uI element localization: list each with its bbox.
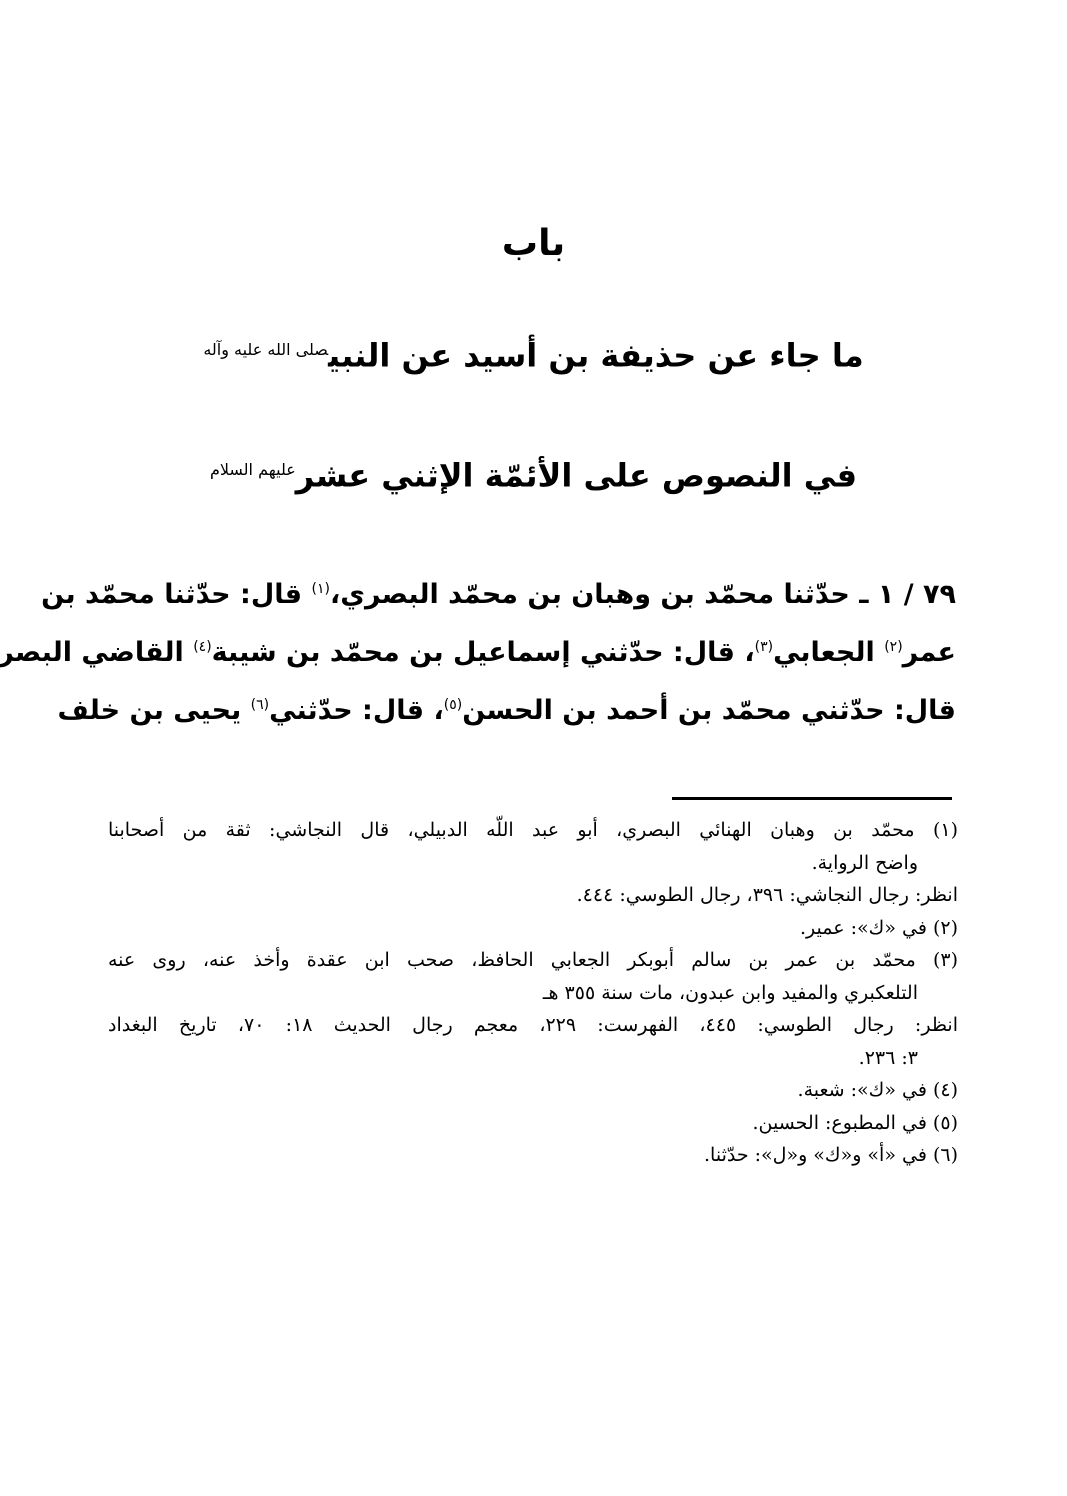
footnote-line: (٣) محمّد بن عمر بن سالم أبوبكر الجعابي … <box>108 944 958 977</box>
text-segment: يحيى بن خلف <box>57 695 250 726</box>
chapter-title-text: ما جاء عن حذيفة بن أسيد عن النبي <box>328 337 864 375</box>
chapter-label: باب <box>0 222 1067 266</box>
footnote-separator <box>672 797 952 800</box>
text-segment: عمر <box>903 637 956 668</box>
hadith-line: عمر(٢) الجعابي(٣)، قال: حدّثني إسماعيل ب… <box>108 624 956 682</box>
footnote-line: ٣: ٢٣٦. <box>108 1042 958 1075</box>
honorific-salawat-icon: صلى الله عليه وآله <box>203 340 328 359</box>
text-segment: ٧٩ / ١ ـ حدّثنا محمّد بن وهبان بن محمّد … <box>330 579 956 610</box>
footnote-ref[interactable]: (٤) <box>193 639 211 655</box>
book-page: باب ما جاء عن حذيفة بن أسيد عن النبيصلى … <box>0 0 1067 1496</box>
footnote-line: (٦) في «أ» و«ك» و«ل»: حدّثنا. <box>108 1139 958 1172</box>
footnote-ref[interactable]: (٢) <box>884 639 902 655</box>
text-segment: قال: حدّثنا محمّد بن <box>41 579 311 610</box>
footnote-line: واضح الرواية. <box>108 847 958 880</box>
footnote-line: (٢) في «ك»: عمير. <box>108 912 958 945</box>
text-segment: القاضي البصري، <box>0 637 193 668</box>
footnote-line: (٤) في «ك»: شعبة. <box>108 1074 958 1107</box>
text-segment: ، قال: حدّثني <box>269 695 444 726</box>
footnote-line: التلعكبري والمفيد وابن عبدون، مات سنة ٣٥… <box>108 977 958 1010</box>
hadith-text: ٧٩ / ١ ـ حدّثنا محمّد بن وهبان بن محمّد … <box>108 566 956 740</box>
hadith-line: ٧٩ / ١ ـ حدّثنا محمّد بن وهبان بن محمّد … <box>108 566 956 624</box>
footnote-line: انظر: رجال النجاشي: ٣٩٦، رجال الطوسي: ٤٤… <box>108 879 958 912</box>
chapter-title-text: في النصوص على الأئمّة الإثني عشر <box>296 457 857 495</box>
text-segment: ، قال: حدّثني إسماعيل بن محمّد بن شيبة <box>212 637 755 668</box>
footnote-line: انظر: رجال الطوسي: ٤٤٥، الفهرست: ٢٢٩، مع… <box>108 1009 958 1042</box>
chapter-title-line-1: ما جاء عن حذيفة بن أسيد عن النبيصلى الله… <box>0 328 1067 378</box>
text-segment: الجعابي <box>773 637 884 668</box>
footnote-line: (١) محمّد بن وهبان الهنائي البصري، أبو ع… <box>108 814 958 847</box>
honorific-alayhim-icon: عليهم السلام <box>210 460 296 479</box>
hadith-line: قال: حدّثني محمّد بن أحمد بن الحسن(٥)، ق… <box>108 682 956 740</box>
footnote-ref[interactable]: (١) <box>311 581 329 597</box>
footnote-ref[interactable]: (٦) <box>251 697 269 713</box>
footnotes: (١) محمّد بن وهبان الهنائي البصري، أبو ع… <box>108 814 958 1172</box>
footnote-ref[interactable]: (٥) <box>444 697 462 713</box>
chapter-title-line-2: في النصوص على الأئمّة الإثني عشرعليهم ال… <box>0 448 1067 498</box>
text-segment: قال: حدّثني محمّد بن أحمد بن الحسن <box>462 695 956 726</box>
footnote-ref[interactable]: (٣) <box>755 639 773 655</box>
footnote-line: (٥) في المطبوع: الحسين. <box>108 1107 958 1140</box>
